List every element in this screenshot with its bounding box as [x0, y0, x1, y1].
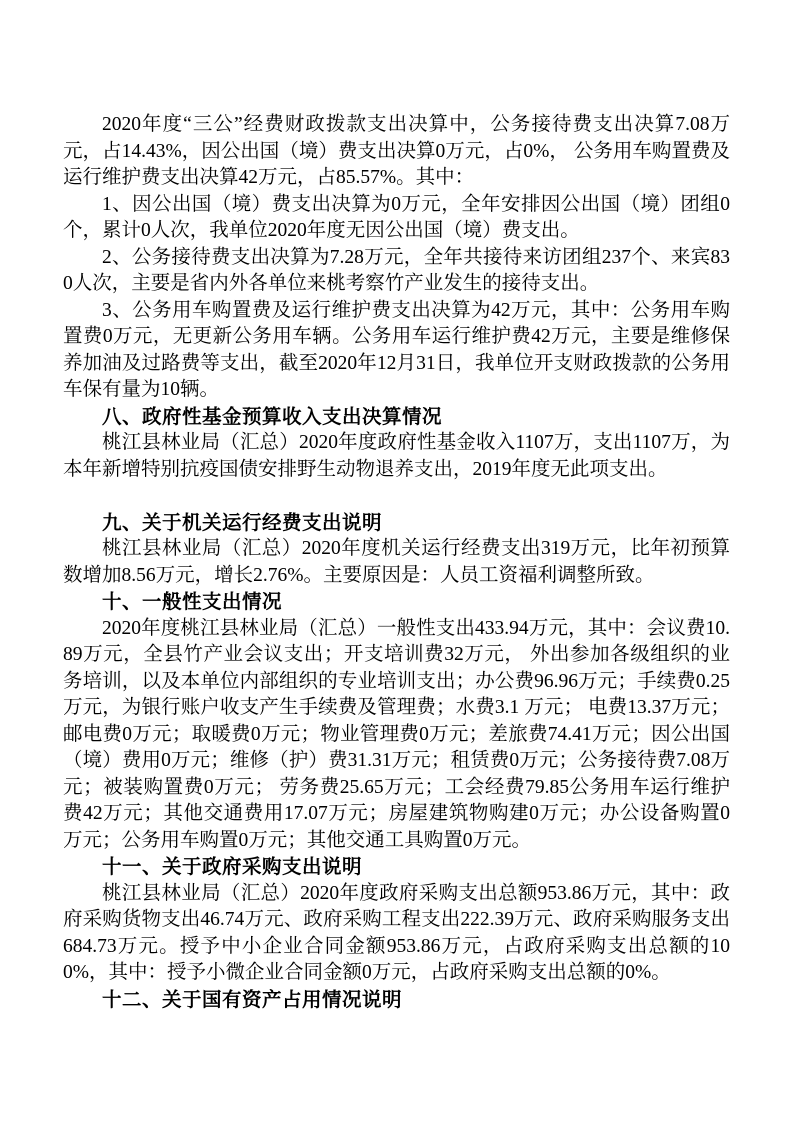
paragraph-general-expense-detail: 2020年度桃江县林业局（汇总）一般性支出433.94万元，其中：会议费10.8…	[63, 616, 730, 855]
section-heading-10: 十、一般性支出情况	[63, 589, 730, 616]
paragraph-abroad-expense: 1、因公出国（境）费支出决算为0万元，全年安排因公出国（境）团组0个，累计0人次…	[63, 192, 730, 245]
section-heading-9: 九、关于机关运行经费支出说明	[63, 510, 730, 537]
blank-line-spacer	[63, 483, 730, 510]
document-page: 2020年度“三公”经费财政拨款支出决算中，公务接待费支出决算7.08万元，占1…	[0, 0, 793, 1122]
paragraph-government-fund: 桃江县林业局（汇总）2020年度政府性基金收入1107万，支出1107万，为本年…	[63, 430, 730, 483]
paragraph-vehicle-expense: 3、公务用车购置费及运行维护费支出决算为42万元，其中：公务用车购置费0万元，无…	[63, 298, 730, 404]
section-heading-12: 十二、关于国有资产占用情况说明	[63, 987, 730, 1014]
paragraph-reception-expense: 2、公务接待费支出决算为7.28万元，全年共接待来访团组237个、来宾830人次…	[63, 245, 730, 298]
section-heading-8: 八、政府性基金预算收入支出决算情况	[63, 404, 730, 431]
section-heading-11: 十一、关于政府采购支出说明	[63, 854, 730, 881]
paragraph-procurement-detail: 桃江县林业局（汇总）2020年度政府采购支出总额953.86万元，其中：政府采购…	[63, 881, 730, 987]
paragraph-operating-expense: 桃江县林业局（汇总）2020年度机关运行经费支出319万元，比年初预算数增加8.…	[63, 536, 730, 589]
paragraph-three-public-summary: 2020年度“三公”经费财政拨款支出决算中，公务接待费支出决算7.08万元，占1…	[63, 112, 730, 192]
